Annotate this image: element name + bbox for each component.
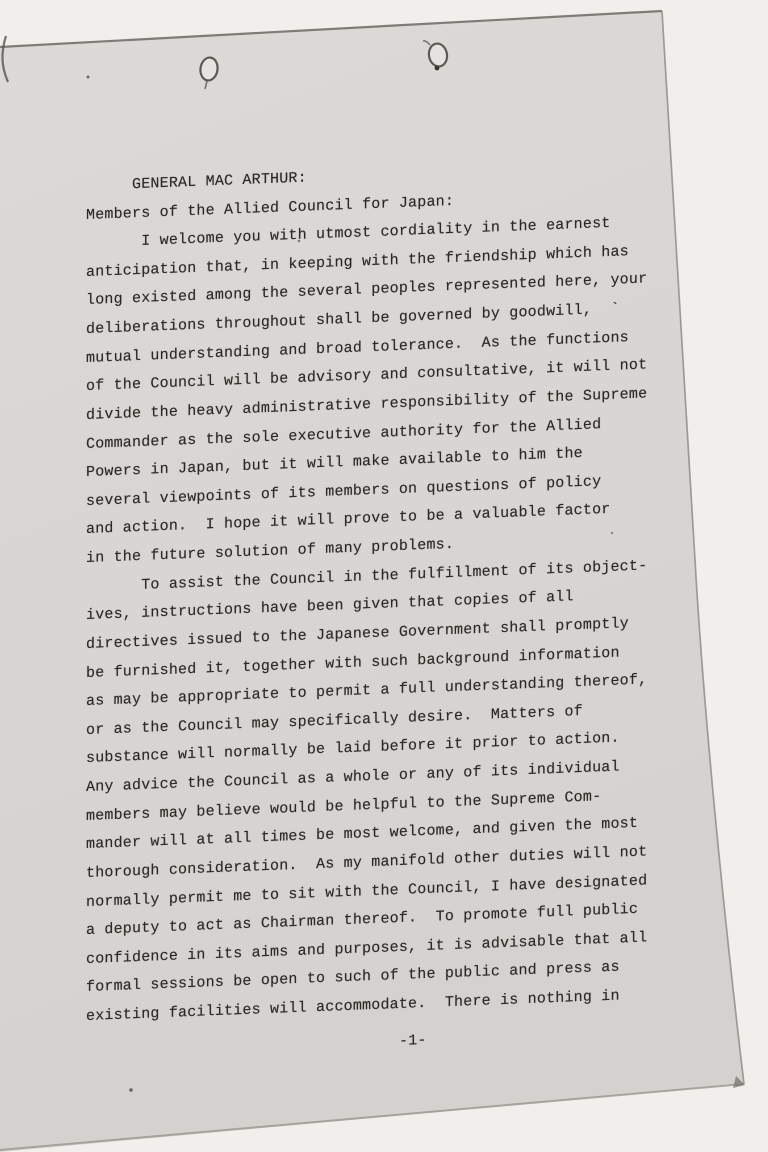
text-line: GENERAL MAC ARTHUR: [86,169,307,197]
scanned-document-page: -1- GENERAL MAC ARTHUR:Members of the Al… [0,0,768,1152]
page-number: -1- [399,1032,427,1050]
text-line: in the future solution of many problems. [86,535,454,569]
text-line: Members of the Allied Council for Japan: [86,191,454,225]
typewritten-text: -1- GENERAL MAC ARTHUR:Members of the Al… [86,0,686,1152]
